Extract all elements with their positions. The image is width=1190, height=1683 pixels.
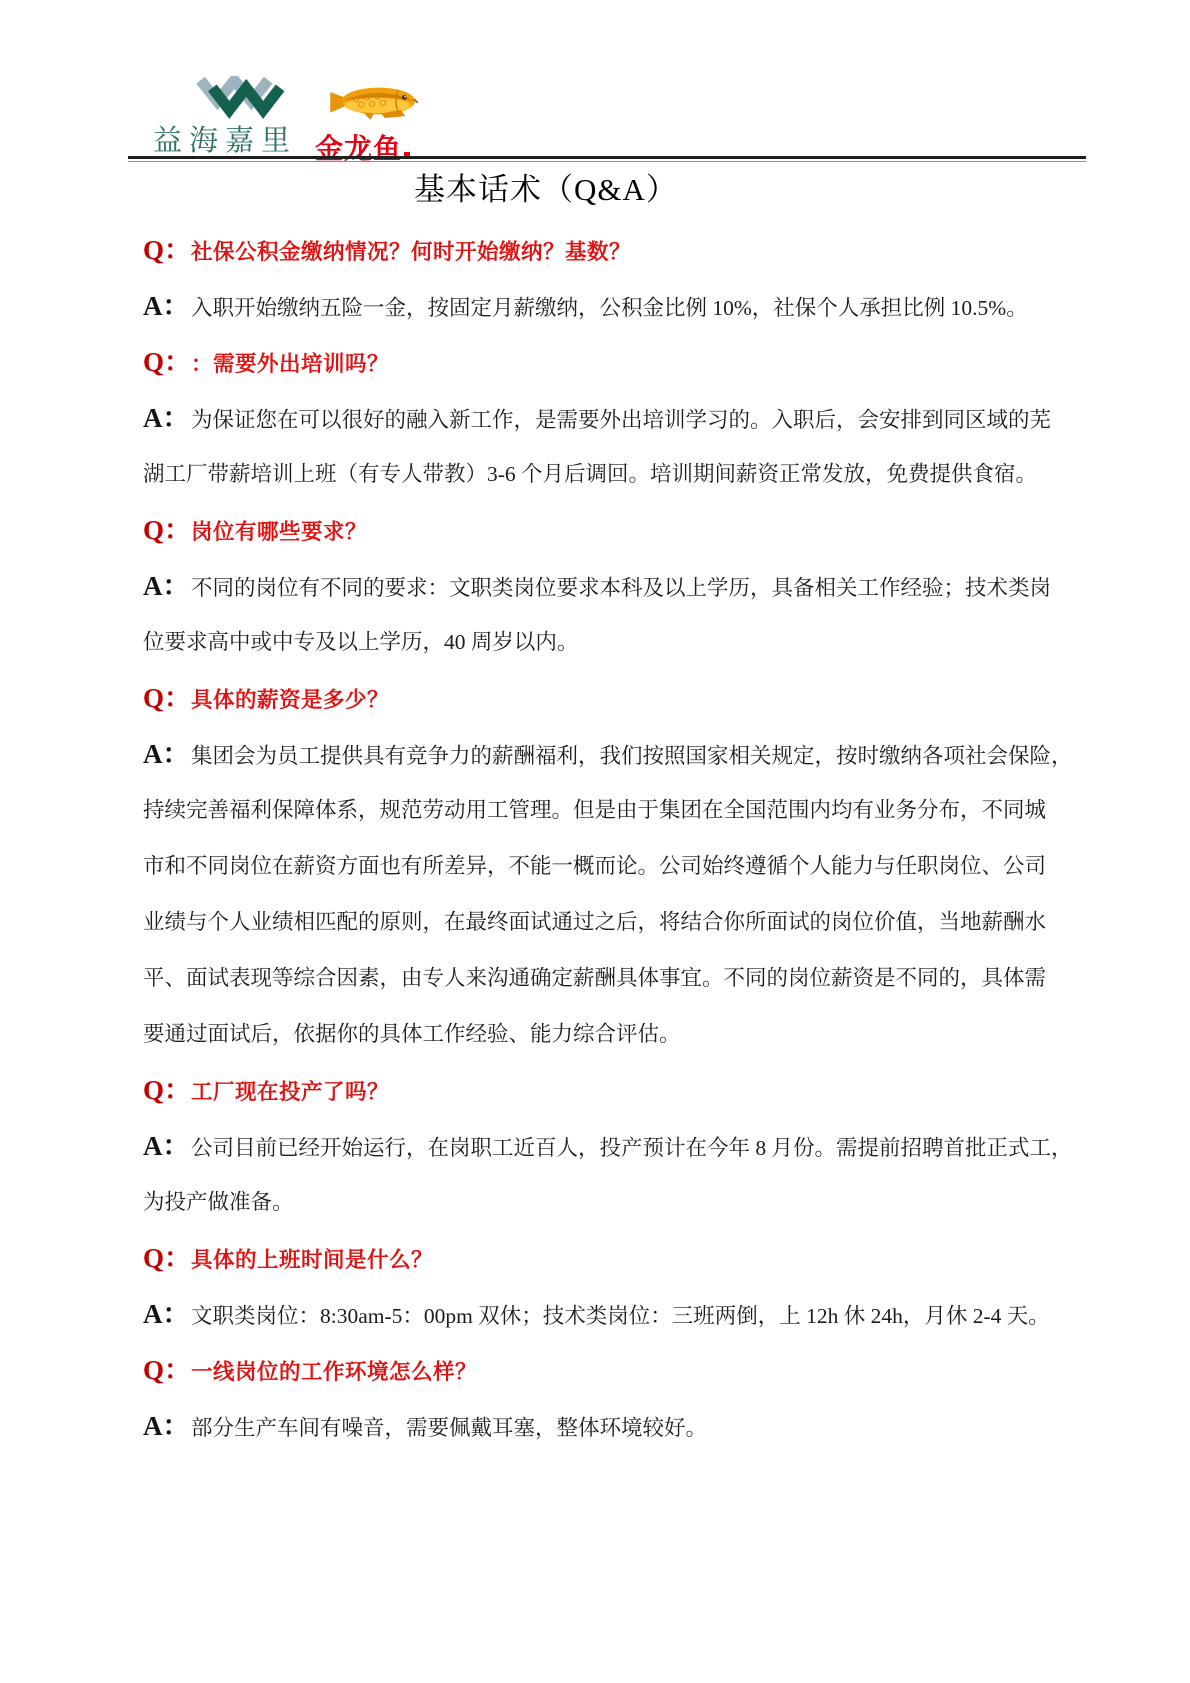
answer-line: A：集团会为员工提供具有竞争力的薪酬福利，我们按照国家相关规定，按时缴纳各项社会… [143, 726, 1143, 782]
q-label: Q： [143, 1342, 191, 1398]
qa-item: Q：岗位有哪些要求？ A：不同的岗位有不同的要求：文职类岗位要求本科及以上学历，… [143, 502, 1143, 670]
answer-line: A：部分生产车间有噪音，需要佩戴耳塞，整体环境较好。 [143, 1398, 1143, 1454]
qa-item: Q：社保公积金缴纳情况？何时开始缴纳？基数？ A：入职开始缴纳五险一金，按固定月… [143, 222, 1143, 334]
qa-list: Q：社保公积金缴纳情况？何时开始缴纳？基数？ A：入职开始缴纳五险一金，按固定月… [143, 222, 1143, 1454]
document-page: 益海嘉里 金龙鱼 [0, 0, 1190, 1683]
a-label: A： [143, 1286, 191, 1342]
answer-text: 持续完善福利保障体系，规范劳动用工管理。但是由于集团在全国范围内均有业务分布，不… [143, 798, 1046, 822]
answer-text: 湖工厂带薪培训上班（有专人带教）3-6 个月后调回。培训期间薪资正常发放，免费提… [143, 462, 1037, 486]
arowana-fish-icon [328, 76, 420, 126]
answer-block: A：不同的岗位有不同的要求：文职类岗位要求本科及以上学历，具备相关工作经验；技术… [143, 558, 1143, 670]
qa-item: Q：一线岗位的工作环境怎么样？ A：部分生产车间有噪音，需要佩戴耳塞，整体环境较… [143, 1342, 1143, 1454]
question-text: 工厂现在投产了吗？ [191, 1080, 389, 1104]
answer-line: A：不同的岗位有不同的要求：文职类岗位要求本科及以上学历，具备相关工作经验；技术… [143, 558, 1143, 614]
answer-block: A：公司目前已经开始运行，在岗职工近百人，投产预计在今年 8 月份。需提前招聘首… [143, 1118, 1143, 1230]
a-label: A： [143, 1118, 191, 1174]
answer-text: 要通过面试后，依据你的具体工作经验、能力综合评估。 [143, 1022, 681, 1046]
a-label: A： [143, 726, 191, 782]
answer-line: 平、面试表现等综合因素，由专人来沟通确定薪酬具体事宜。不同的岗位薪资是不同的，具… [143, 950, 1143, 1006]
q-label: Q： [143, 1062, 191, 1118]
answer-text: 为投产做准备。 [143, 1190, 294, 1214]
question-line: Q：具体的上班时间是什么？ [143, 1230, 1143, 1286]
qa-item: Q：：需要外出培训吗？ A：为保证您在可以很好的融入新工作，是需要外出培训学习的… [143, 334, 1143, 502]
answer-text: 文职类岗位：8:30am-5：00pm 双休；技术类岗位：三班两倒，上 12h … [191, 1304, 1050, 1328]
answer-line: 为投产做准备。 [143, 1174, 1143, 1230]
answer-line: 要通过面试后，依据你的具体工作经验、能力综合评估。 [143, 1006, 1143, 1062]
question-text: 社保公积金缴纳情况？何时开始缴纳？基数？ [191, 240, 631, 264]
answer-line: A：入职开始缴纳五险一金，按固定月薪缴纳，公积金比例 10%，社保个人承担比例 … [143, 278, 1143, 334]
q-label: Q： [143, 334, 191, 390]
page-title: 基本话术（Q&A） [0, 164, 1092, 209]
answer-line: 位要求高中或中专及以上学历，40 周岁以内。 [143, 614, 1143, 670]
answer-text: 业绩与个人业绩相匹配的原则，在最终面试通过之后，将结合你所面试的岗位价值，当地薪… [143, 910, 1046, 934]
qa-item: Q：具体的薪资是多少？ A：集团会为员工提供具有竞争力的薪酬福利，我们按照国家相… [143, 670, 1143, 1062]
question-line: Q：具体的薪资是多少？ [143, 670, 1143, 726]
answer-block: A：入职开始缴纳五险一金，按固定月薪缴纳，公积金比例 10%，社保个人承担比例 … [143, 278, 1143, 334]
w-mark-icon [188, 76, 296, 120]
a-label: A： [143, 278, 191, 334]
question-text: 具体的上班时间是什么？ [191, 1248, 433, 1272]
question-line: Q：社保公积金缴纳情况？何时开始缴纳？基数？ [143, 222, 1143, 278]
question-text: 一线岗位的工作环境怎么样？ [191, 1360, 477, 1384]
a-label: A： [143, 390, 191, 446]
answer-text: 为保证您在可以很好的融入新工作，是需要外出培训学习的。入职后，会安排到同区域的芜 [191, 408, 1051, 432]
q-label: Q： [143, 222, 191, 278]
question-line: Q：岗位有哪些要求？ [143, 502, 1143, 558]
answer-text: 公司目前已经开始运行，在岗职工近百人，投产预计在今年 8 月份。需提前招聘首批正… [191, 1136, 1073, 1160]
question-line: Q：一线岗位的工作环境怎么样？ [143, 1342, 1143, 1398]
answer-block: A：集团会为员工提供具有竞争力的薪酬福利，我们按照国家相关规定，按时缴纳各项社会… [143, 726, 1143, 1062]
answer-line: A：文职类岗位：8:30am-5：00pm 双休；技术类岗位：三班两倒，上 12… [143, 1286, 1143, 1342]
a-label: A： [143, 558, 191, 614]
answer-text: 位要求高中或中专及以上学历，40 周岁以内。 [143, 630, 578, 654]
answer-line: 业绩与个人业绩相匹配的原则，在最终面试通过之后，将结合你所面试的岗位价值，当地薪… [143, 894, 1143, 950]
question-text: ：需要外出培训吗？ [191, 352, 389, 376]
header-divider-line [128, 156, 1086, 162]
answer-block: A：部分生产车间有噪音，需要佩戴耳塞，整体环境较好。 [143, 1398, 1143, 1454]
answer-line: 湖工厂带薪培训上班（有专人带教）3-6 个月后调回。培训期间薪资正常发放，免费提… [143, 446, 1143, 502]
answer-text: 市和不同岗位在薪资方面也有所差异，不能一概而论。公司始终遵循个人能力与任职岗位、… [143, 854, 1046, 878]
answer-text: 不同的岗位有不同的要求：文职类岗位要求本科及以上学历，具备相关工作经验；技术类岗 [191, 576, 1051, 600]
qa-item: Q：工厂现在投产了吗？ A：公司目前已经开始运行，在岗职工近百人，投产预计在今年… [143, 1062, 1143, 1230]
answer-line: A：为保证您在可以很好的融入新工作，是需要外出培训学习的。入职后，会安排到同区域… [143, 390, 1143, 446]
question-line: Q：工厂现在投产了吗？ [143, 1062, 1143, 1118]
brand-yihai-text: 益海嘉里 [150, 118, 300, 159]
answer-line: 持续完善福利保障体系，规范劳动用工管理。但是由于集团在全国范围内均有业务分布，不… [143, 782, 1143, 838]
answer-text: 入职开始缴纳五险一金，按固定月薪缴纳，公积金比例 10%，社保个人承担比例 10… [191, 296, 1028, 320]
answer-line: A：公司目前已经开始运行，在岗职工近百人，投产预计在今年 8 月份。需提前招聘首… [143, 1118, 1143, 1174]
a-label: A： [143, 1398, 191, 1454]
answer-block: A：为保证您在可以很好的融入新工作，是需要外出培训学习的。入职后，会安排到同区域… [143, 390, 1143, 502]
question-line: Q：：需要外出培训吗？ [143, 334, 1143, 390]
answer-text: 部分生产车间有噪音，需要佩戴耳塞，整体环境较好。 [191, 1416, 707, 1440]
answer-block: A：文职类岗位：8:30am-5：00pm 双休；技术类岗位：三班两倒，上 12… [143, 1286, 1143, 1342]
q-label: Q： [143, 1230, 191, 1286]
arowana-logo: 金龙鱼 [300, 74, 425, 167]
answer-text: 集团会为员工提供具有竞争力的薪酬福利，我们按照国家相关规定，按时缴纳各项社会保险… [191, 744, 1073, 768]
q-label: Q： [143, 502, 191, 558]
question-text: 岗位有哪些要求？ [191, 520, 367, 544]
q-label: Q： [143, 670, 191, 726]
qa-item: Q：具体的上班时间是什么？ A：文职类岗位：8:30am-5：00pm 双休；技… [143, 1230, 1143, 1342]
answer-text: 平、面试表现等综合因素，由专人来沟通确定薪酬具体事宜。不同的岗位薪资是不同的，具… [143, 966, 1046, 990]
yihai-kerry-logo: 益海嘉里 [150, 76, 300, 159]
answer-line: 市和不同岗位在薪资方面也有所差异，不能一概而论。公司始终遵循个人能力与任职岗位、… [143, 838, 1143, 894]
question-text: 具体的薪资是多少？ [191, 688, 389, 712]
